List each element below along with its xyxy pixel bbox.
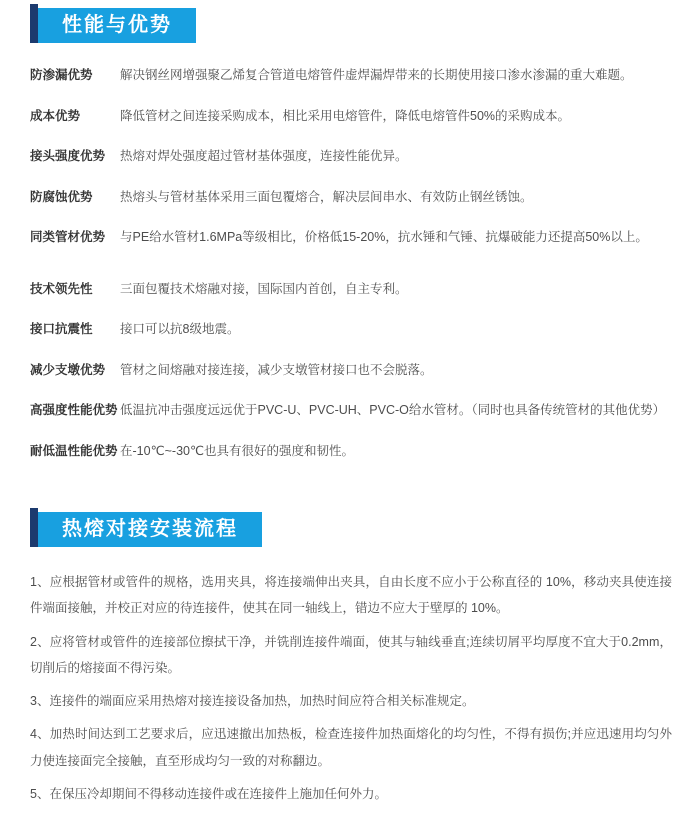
advantage-text: 热熔对焊处强度超过管材基体强度，连接性能优异。 [120,148,672,166]
advantage-row-tech-leading: 技术领先性 三面包覆技术熔融对接，国际国内首创，自主专利。 [30,281,672,299]
advantage-text: 管材之间熔融对接连接，减少支墩管材接口也不会脱落。 [120,362,672,380]
header-accent-bar [30,4,38,43]
advantage-label: 高强度性能优势 [30,402,120,420]
advantage-label: 耐低温性能优势 [30,443,120,461]
advantage-row-fewer-supports: 减少支墩优势 管材之间熔融对接连接，减少支墩管材接口也不会脱落。 [30,362,672,380]
advantage-row-leakproof: 防渗漏优势 解决钢丝网增强聚乙烯复合管道电熔管件虚焊漏焊带来的长期使用接口渗水渗… [30,67,672,85]
advantage-text: 解决钢丝网增强聚乙烯复合管道电熔管件虚焊漏焊带来的长期使用接口渗水渗漏的重大难题… [120,67,672,85]
section-installation: 热熔对接安装流程 1、应根据管材或管件的规格，选用夹具，将连接端伸出夹具，自由长… [30,512,672,807]
advantage-row-low-temp: 耐低温性能优势 在-10℃~-30℃也具有很好的强度和韧性。 [30,443,672,461]
install-step-3: 3、连接件的端面应采用热熔对接连接设备加热，加热时间应符合相关标准规定。 [30,688,672,714]
page: 性能与优势 防渗漏优势 解决钢丝网增强聚乙烯复合管道电熔管件虚焊漏焊带来的长期使… [0,0,698,834]
advantage-text: 接口可以抗8级地震。 [120,321,672,339]
advantage-row-anticorrosion: 防腐蚀优势 热熔头与管材基体采用三面包覆熔合，解决层间串水、有效防止钢丝锈蚀。 [30,189,672,207]
advantage-text: 在-10℃~-30℃也具有很好的强度和韧性。 [120,443,672,461]
advantage-text: 热熔头与管材基体采用三面包覆熔合，解决层间串水、有效防止钢丝锈蚀。 [120,189,672,207]
advantage-label: 接口抗震性 [30,321,120,339]
advantage-list: 防渗漏优势 解决钢丝网增强聚乙烯复合管道电熔管件虚焊漏焊带来的长期使用接口渗水渗… [30,67,672,460]
advantage-text: 降低管材之间连接采购成本，相比采用电熔管件，降低电熔管件50%的采购成本。 [120,108,672,126]
advantage-row-high-strength: 高强度性能优势 低温抗冲击强度远远优于PVC-U、PVC-UH、PVC-O给水管… [30,402,672,420]
advantage-label: 防腐蚀优势 [30,189,120,207]
advantage-text: 低温抗冲击强度远远优于PVC-U、PVC-UH、PVC-O给水管材。（同时也具备… [120,402,672,420]
advantage-row-joint-strength: 接头强度优势 热熔对焊处强度超过管材基体强度，连接性能优异。 [30,148,672,166]
advantage-label: 同类管材优势 [30,229,120,247]
header-accent-bar [30,508,38,547]
advantage-row-seismic: 接口抗震性 接口可以抗8级地震。 [30,321,672,339]
advantage-label: 减少支墩优势 [30,362,120,380]
section-title-installation: 热熔对接安装流程 [38,512,262,547]
advantage-text: 与PE给水管材1.6MPa等级相比，价格低15-20%，抗水锤和气锤、抗爆破能力… [120,229,672,247]
advantage-row-similar-pipes: 同类管材优势 与PE给水管材1.6MPa等级相比，价格低15-20%，抗水锤和气… [30,229,672,247]
section-performance: 性能与优势 防渗漏优势 解决钢丝网增强聚乙烯复合管道电熔管件虚焊漏焊带来的长期使… [30,8,672,460]
advantage-label: 成本优势 [30,108,120,126]
advantage-label: 防渗漏优势 [30,67,120,85]
install-step-4: 4、加热时间达到工艺要求后，应迅速撤出加热板，检查连接件加热面熔化的均匀性，不得… [30,721,672,774]
install-step-1: 1、应根据管材或管件的规格，选用夹具，将连接端伸出夹具，自由长度不应小于公称直径… [30,569,672,622]
section-title-performance: 性能与优势 [38,8,196,43]
advantage-label: 技术领先性 [30,281,120,299]
advantage-row-cost: 成本优势 降低管材之间连接采购成本，相比采用电熔管件，降低电熔管件50%的采购成… [30,108,672,126]
install-step-2: 2、应将管材或管件的连接部位擦拭干净，并铣削连接件端面，使其与轴线垂直;连续切屑… [30,629,672,682]
install-step-5: 5、在保压冷却期间不得移动连接件或在连接件上施加任何外力。 [30,781,672,807]
install-steps: 1、应根据管材或管件的规格，选用夹具，将连接端伸出夹具，自由长度不应小于公称直径… [30,569,672,807]
section-header-installation: 热熔对接安装流程 [30,512,262,547]
section-header-performance: 性能与优势 [30,8,196,43]
advantage-label: 接头强度优势 [30,148,120,166]
advantage-text: 三面包覆技术熔融对接，国际国内首创，自主专利。 [120,281,672,299]
